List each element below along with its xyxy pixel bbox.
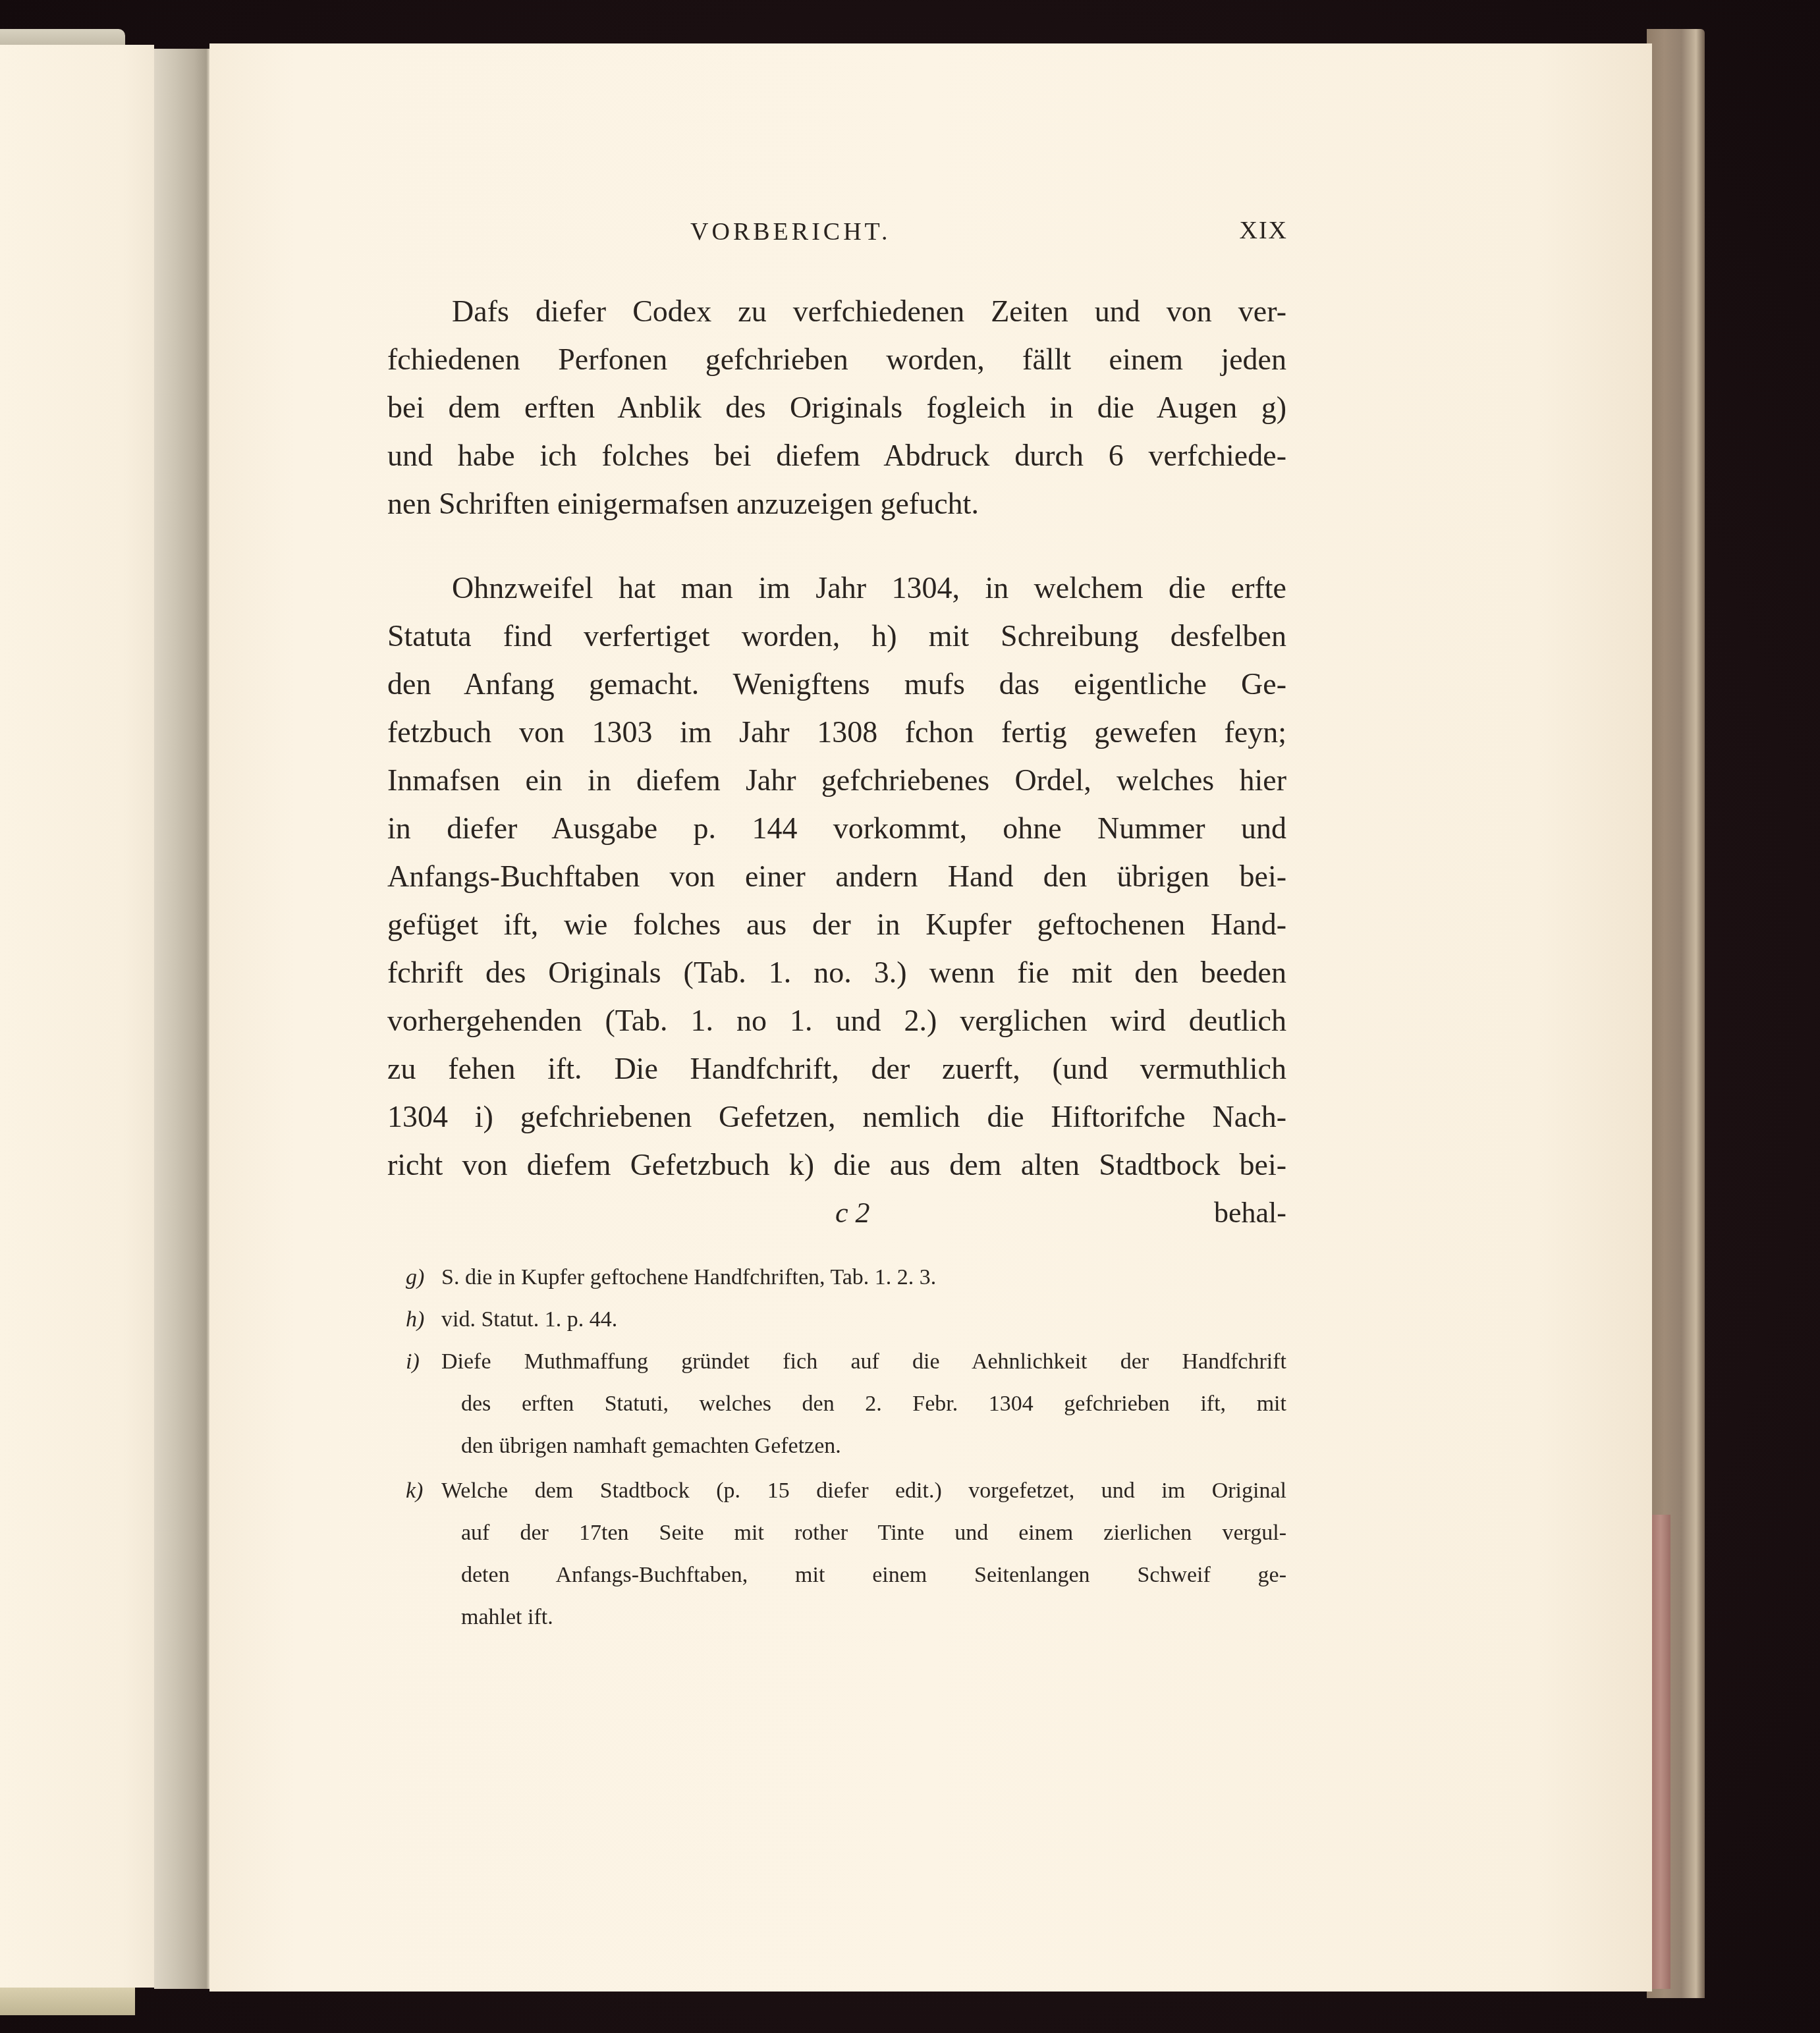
footnote-line: mahlet ift. xyxy=(441,1596,1286,1639)
footnote-line: des erften Statuti, welches den 2. Febr.… xyxy=(441,1383,1286,1425)
text-line: richt von diefem Gefetzbuch k) die aus d… xyxy=(387,1141,1286,1189)
text-line: 1304 i) gefchriebenen Gefetzen, nemlich … xyxy=(387,1093,1286,1141)
footnote-h: h) vid. Statut. 1. p. 44. xyxy=(387,1299,1286,1341)
footnote-mark: h) xyxy=(406,1299,424,1341)
fore-edge-red-stain xyxy=(1651,1515,1670,1989)
footnote-line: S. die in Kupfer geftochene Handfchrifte… xyxy=(441,1257,1286,1299)
footnote-i: i) Diefe Muthmaffung gründet fich auf di… xyxy=(387,1341,1286,1467)
book-scan: VORBERICHT. XIX Dafs diefer Codex zu ver… xyxy=(0,0,1820,2033)
footnote-line: den übrigen namhaft gemachten Gefetzen. xyxy=(441,1425,1286,1467)
footnote-mark: i) xyxy=(406,1341,420,1383)
footnote-line: deten Anfangs-Buchftaben, mit einem Seit… xyxy=(441,1554,1286,1596)
footnote-line: Diefe Muthmaffung gründet fich auf die A… xyxy=(441,1341,1286,1383)
footnote-g: g) S. die in Kupfer geftochene Handfchri… xyxy=(387,1257,1286,1299)
footnote-line: vid. Statut. 1. p. 44. xyxy=(441,1299,1286,1341)
text-line: in diefer Ausgabe p. 144 vorkommt, ohne … xyxy=(387,804,1286,852)
left-page xyxy=(0,45,154,1988)
footnote-k: k) Welche dem Stadtbock (p. 15 diefer ed… xyxy=(387,1470,1286,1639)
text-line: nen Schriften einigermafsen anzuzeigen g… xyxy=(387,479,1286,528)
text-line: fchiedenen Perfonen gefchrieben worden, … xyxy=(387,335,1286,383)
footnote-line: auf der 17ten Seite mit rother Tinte und… xyxy=(441,1512,1286,1554)
footnote-line: Welche dem Stadtbock (p. 15 diefer edit.… xyxy=(441,1470,1286,1512)
text-line: fetzbuch von 1303 im Jahr 1308 fchon fer… xyxy=(387,708,1286,756)
footnotes: g) S. die in Kupfer geftochene Handfchri… xyxy=(387,1257,1286,1639)
gutter-shadow xyxy=(154,49,211,1989)
text-line: den Anfang gemacht. Wenigftens mufs das … xyxy=(387,660,1286,708)
running-head: VORBERICHT. XIX xyxy=(387,211,1286,252)
text-line: Statuta find verfertiget worden, h) mit … xyxy=(387,612,1286,660)
page-number: XIX xyxy=(1239,216,1288,245)
signature-row: c 2 behal- xyxy=(387,1189,1286,1237)
footnote-mark: g) xyxy=(406,1257,424,1299)
text-line: Dafs diefer Codex zu verfchiedenen Zeite… xyxy=(387,287,1286,335)
running-head-title: VORBERICHT. xyxy=(690,217,891,246)
text-line: und habe ich folches bei diefem Abdruck … xyxy=(387,431,1286,479)
paragraph-1: Dafs diefer Codex zu verfchiedenen Zeite… xyxy=(387,287,1286,528)
catchword: behal- xyxy=(1214,1189,1286,1237)
text-line: fchrift des Originals (Tab. 1. no. 3.) w… xyxy=(387,948,1286,996)
text-line: gefüget ift, wie folches aus der in Kupf… xyxy=(387,900,1286,948)
text-line: Inmafsen ein in diefem Jahr gefchriebene… xyxy=(387,756,1286,804)
left-cover-edge-bottom xyxy=(0,1988,135,2015)
text-line: zu fehen ift. Die Handfchrift, der zuerf… xyxy=(387,1044,1286,1093)
paragraph-2: Ohnzweifel hat man im Jahr 1304, in welc… xyxy=(387,564,1286,1189)
text-line: Anfangs-Buchftaben von einer andern Hand… xyxy=(387,852,1286,900)
text-line: Ohnzweifel hat man im Jahr 1304, in welc… xyxy=(387,564,1286,612)
signature-mark: c 2 xyxy=(835,1189,870,1237)
text-line: vorhergehenden (Tab. 1. no 1. und 2.) ve… xyxy=(387,996,1286,1044)
footnote-mark: k) xyxy=(406,1470,423,1512)
text-block: VORBERICHT. XIX Dafs diefer Codex zu ver… xyxy=(387,211,1286,1639)
text-line: bei dem erften Anblik des Originals fogl… xyxy=(387,383,1286,431)
